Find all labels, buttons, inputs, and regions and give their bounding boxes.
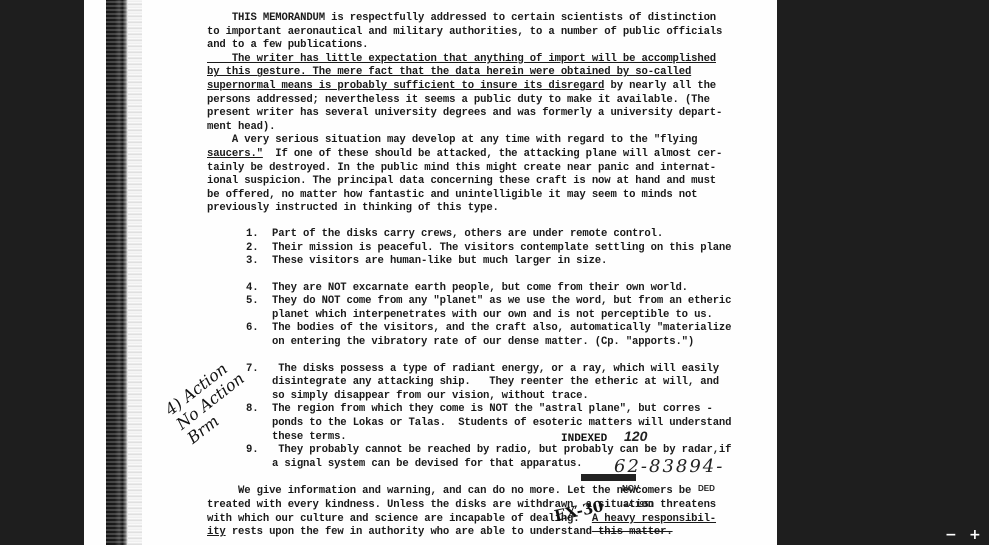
intro-line: THIS MEMORANDUM is respectfully addresse… xyxy=(207,12,772,26)
numbered-list: 1. Part of the disks carry crews, others… xyxy=(246,228,772,472)
para2-line: persons addressed; nevertheless it seems… xyxy=(207,94,772,108)
scan-edge-noise xyxy=(128,0,142,545)
para2-line: ment head). xyxy=(207,121,772,135)
para3-line: saucers." If one of these should be atta… xyxy=(207,148,772,162)
list-item-8: 8. The region from which they come is NO… xyxy=(246,403,772,444)
intro-line: to important aeronautical and military a… xyxy=(207,26,772,40)
list-item-7: 7. The disks possess a type of radiant e… xyxy=(246,363,772,404)
zoom-controls: − + xyxy=(945,527,979,543)
para2-line: by this gesture. The mere fact that the … xyxy=(207,66,772,80)
list-item-3: 3. These visitors are human-like but muc… xyxy=(246,255,772,269)
indexed-stamp: INDEXED xyxy=(561,433,607,445)
para3-line: be offered, no matter how fantastic and … xyxy=(207,189,772,203)
list-item-1: 1. Part of the disks carry crews, others… xyxy=(246,228,772,242)
scan-edge-shadow xyxy=(106,0,128,545)
list-item-4: 4. They are NOT excarnate earth people, … xyxy=(246,282,772,296)
para3-line: ional suspicion. The principal data conc… xyxy=(207,175,772,189)
para2-line: The writer has little expectation that a… xyxy=(207,53,772,67)
scanned-page: THIS MEMORANDUM is respectfully addresse… xyxy=(84,0,777,545)
file-number-stamp: 62-83894- xyxy=(614,456,724,477)
handwritten-number: 120 xyxy=(624,428,647,444)
zoom-out-button[interactable]: − xyxy=(945,527,955,543)
intro-line: and to a few publications. xyxy=(207,39,772,53)
closing-line: with which our culture and science are i… xyxy=(207,513,772,527)
para3-line: tainly be destroyed. In the public mind … xyxy=(207,162,772,176)
para3-line: A very serious situation may develop at … xyxy=(207,134,772,148)
stamp-ded: DED xyxy=(698,484,715,493)
stamp-nov: NOV xyxy=(622,484,639,493)
list-item-5: 5. They do NOT come from any "planet" as… xyxy=(246,295,772,322)
closing-line: treated with every kindness. Unless the … xyxy=(207,499,772,513)
para3-line: previously instructed in thinking of thi… xyxy=(207,202,772,216)
para2-line: supernormal means is probably sufficient… xyxy=(207,80,772,94)
list-item-6: 6. The bodies of the visitors, and the c… xyxy=(246,322,772,349)
list-item-2: 2. Their mission is peaceful. The visito… xyxy=(246,242,772,256)
stamp-date: 24 1950 xyxy=(624,500,653,509)
zoom-in-button[interactable]: + xyxy=(969,527,979,543)
closing-line: ity rests upon the few in authority who … xyxy=(207,526,772,540)
closing-line: We give information and warning, and can… xyxy=(207,485,772,499)
document-viewer: THIS MEMORANDUM is respectfully addresse… xyxy=(0,0,989,545)
para2-line: present writer has several university de… xyxy=(207,107,772,121)
